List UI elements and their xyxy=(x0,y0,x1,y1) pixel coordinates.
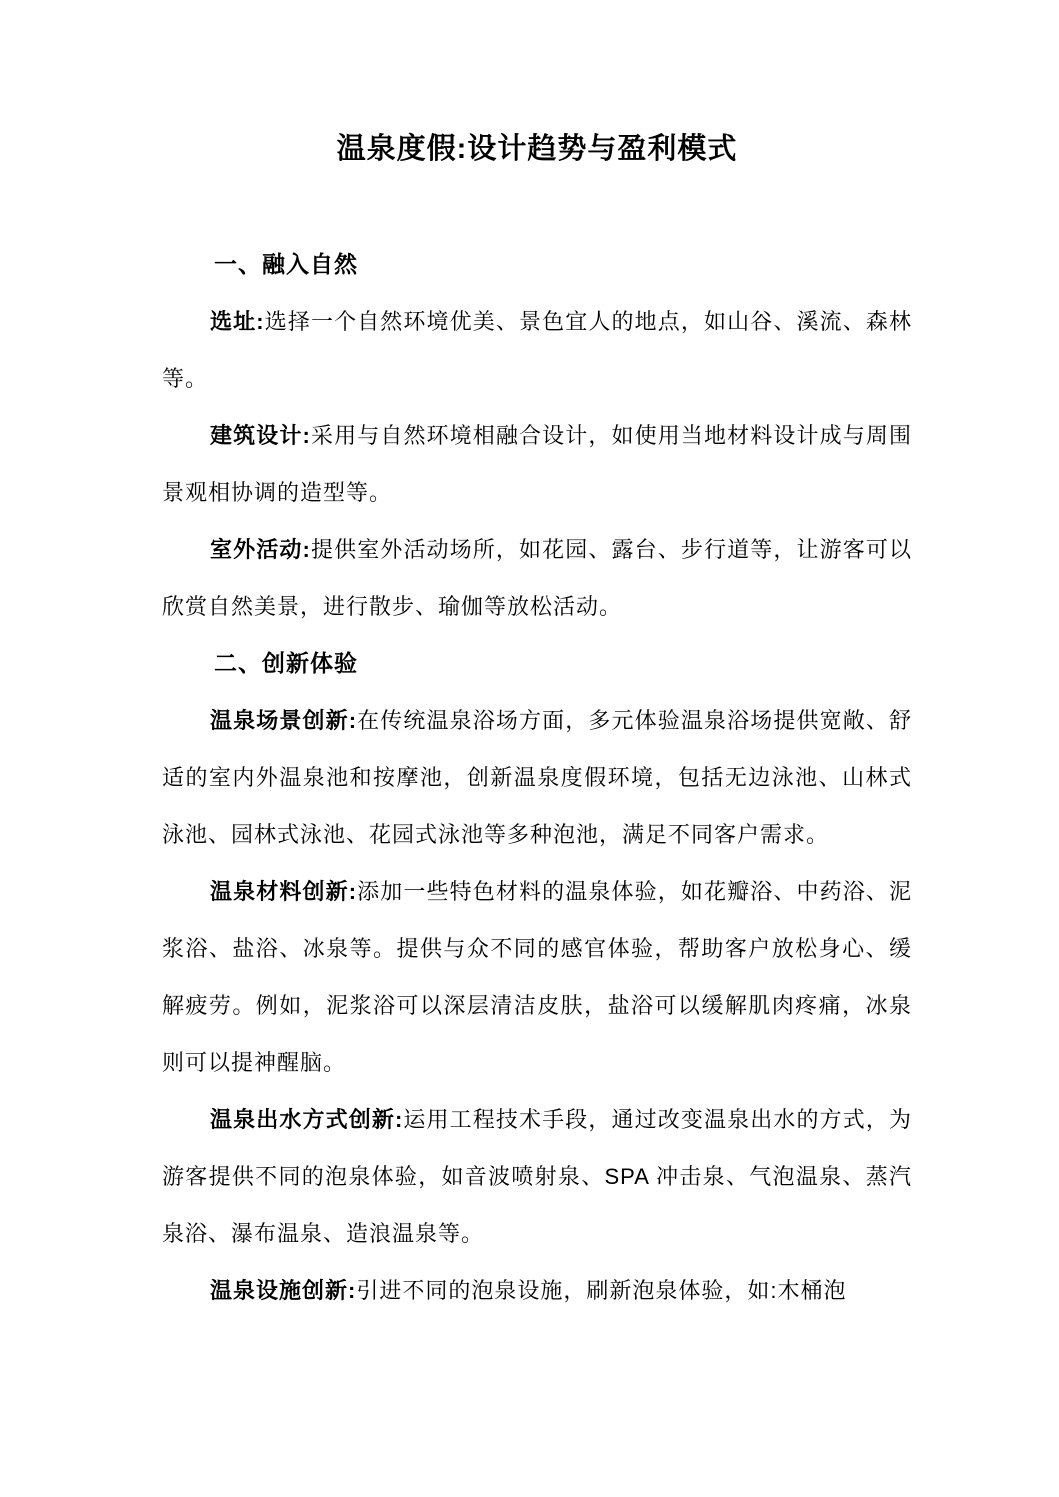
paragraph-material-innovation: 温泉材料创新:添加一些特色材料的温泉体验，如花瓣浴、中药浴、泥浆浴、盐浴、冰泉等… xyxy=(162,863,912,1091)
paragraph-architecture-design-label: 建筑设计: xyxy=(210,423,311,448)
document-page: 温泉度假:设计趋势与盈利模式 一、融入自然 选址:选择一个自然环境优美、景色宜人… xyxy=(0,0,1059,1497)
paragraph-facility-innovation-label: 温泉设施创新: xyxy=(210,1278,356,1303)
paragraph-site-selection: 选址:选择一个自然环境优美、景色宜人的地点，如山谷、溪流、森林等。 xyxy=(162,293,912,407)
paragraph-water-outlet-innovation-label: 温泉出水方式创新: xyxy=(210,1107,403,1132)
section-1-heading: 一、融入自然 xyxy=(162,236,912,293)
paragraph-water-outlet-innovation: 温泉出水方式创新:运用工程技术手段，通过改变温泉出水的方式，为游客提供不同的泡泉… xyxy=(162,1091,912,1262)
paragraph-material-innovation-text: 添加一些特色材料的温泉体验，如花瓣浴、中药浴、泥浆浴、盐浴、冰泉等。提供与众不同… xyxy=(162,879,912,1075)
paragraph-architecture-design: 建筑设计:采用与自然环境相融合设计，如使用当地材料设计成与周围景观相协调的造型等… xyxy=(162,407,912,521)
paragraph-facility-innovation: 温泉设施创新:引进不同的泡泉设施，刷新泡泉体验，如:木桶泡 xyxy=(162,1262,912,1319)
paragraph-site-selection-text: 选择一个自然环境优美、景色宜人的地点，如山谷、溪流、森林等。 xyxy=(162,309,912,391)
paragraph-site-selection-label: 选址: xyxy=(210,309,265,334)
paragraph-facility-innovation-text: 引进不同的泡泉设施，刷新泡泉体验，如:木桶泡 xyxy=(356,1278,846,1303)
document-title: 温泉度假:设计趋势与盈利模式 xyxy=(162,128,912,170)
paragraph-material-innovation-label: 温泉材料创新: xyxy=(210,879,357,904)
paragraph-scene-innovation: 温泉场景创新:在传统温泉浴场方面，多元体验温泉浴场提供宽敞、舒适的室内外温泉池和… xyxy=(162,692,912,863)
section-integrate-nature: 一、融入自然 选址:选择一个自然环境优美、景色宜人的地点，如山谷、溪流、森林等。… xyxy=(162,236,912,635)
paragraph-outdoor-activities-label: 室外活动: xyxy=(210,537,311,562)
section-innovative-experience: 二、创新体验 温泉场景创新:在传统温泉浴场方面，多元体验温泉浴场提供宽敞、舒适的… xyxy=(162,635,912,1319)
paragraph-outdoor-activities: 室外活动:提供室外活动场所，如花园、露台、步行道等，让游客可以欣赏自然美景，进行… xyxy=(162,521,912,635)
paragraph-scene-innovation-label: 温泉场景创新: xyxy=(210,708,357,733)
section-2-heading: 二、创新体验 xyxy=(162,635,912,692)
